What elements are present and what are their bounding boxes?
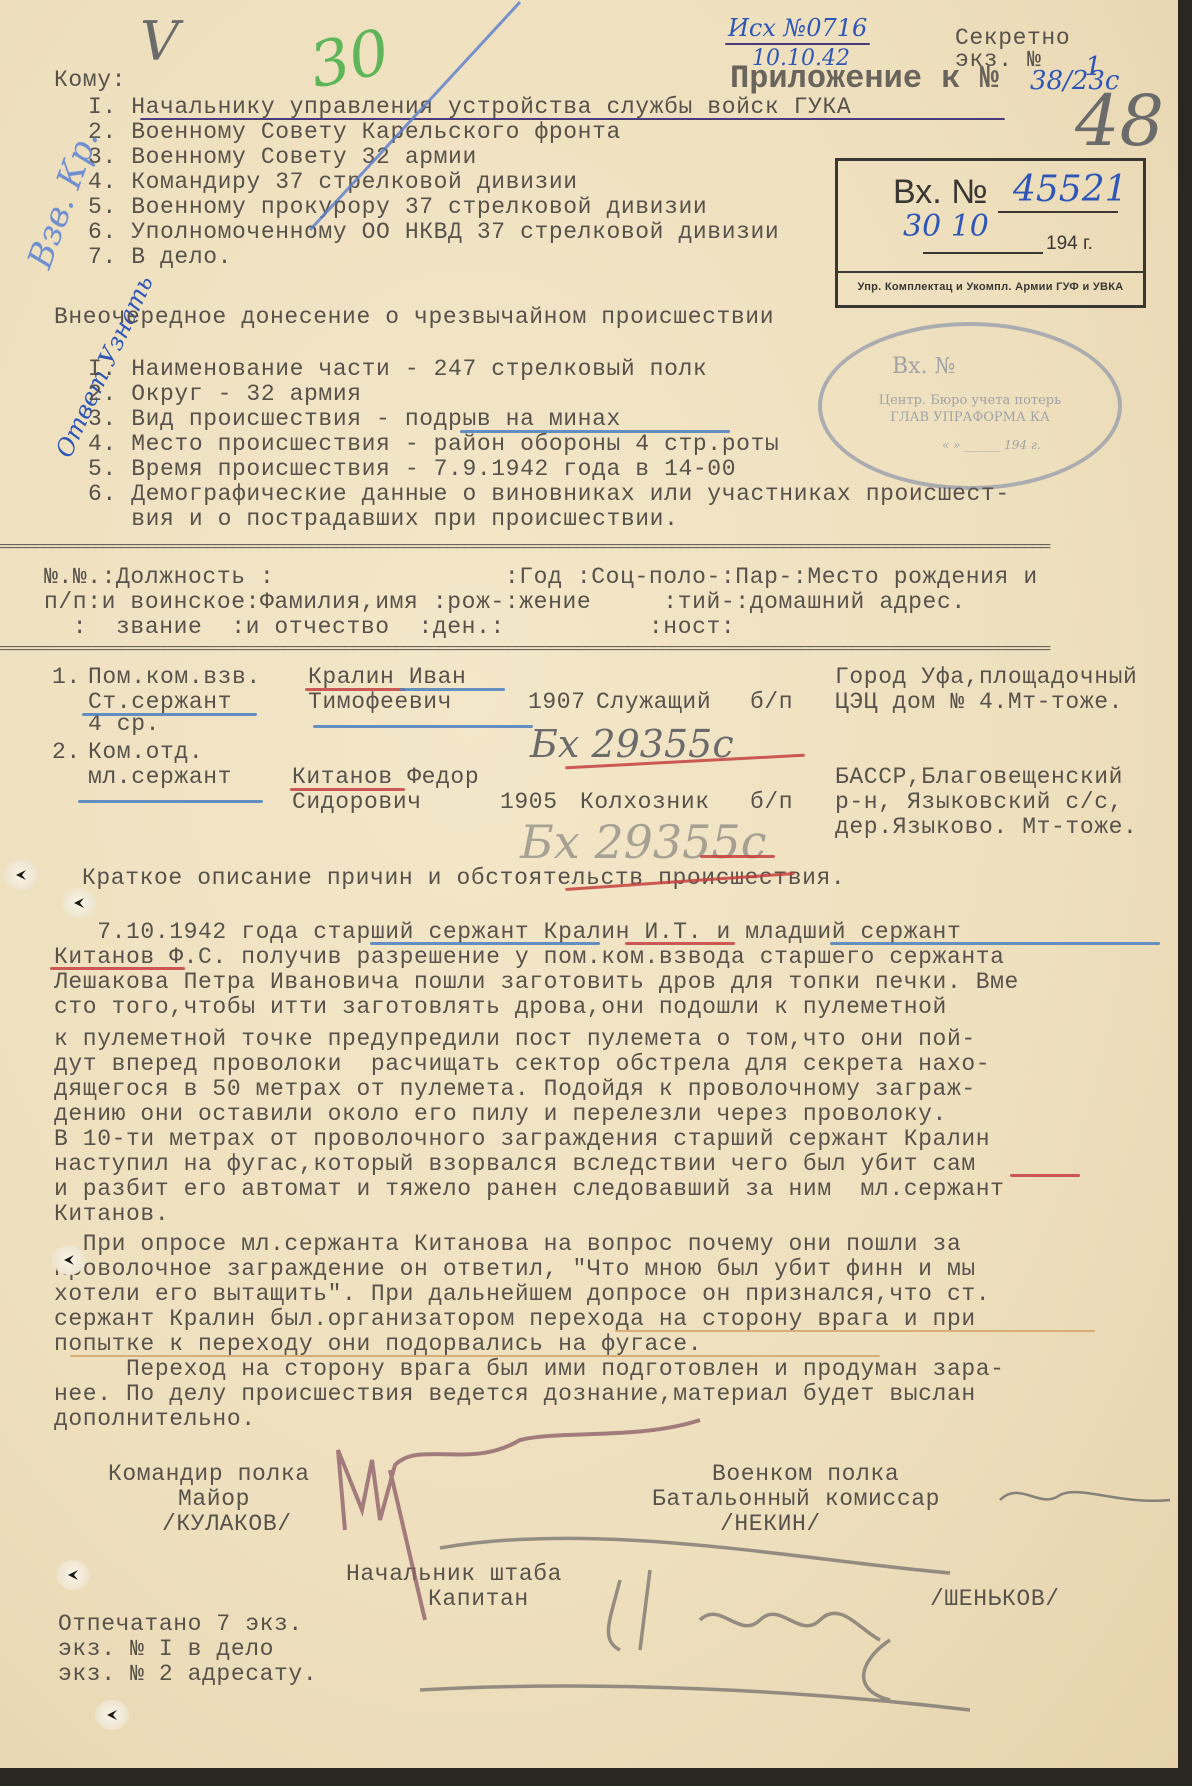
- description-line: Лешакова Петра Ивановича пошли заготовит…: [54, 970, 1019, 995]
- incident-type-underline: [460, 430, 730, 433]
- check-mark: V: [140, 10, 179, 73]
- ref-underline: [725, 43, 870, 45]
- oval-stamp-line2: ГЛАВ УПРАФОРМА КА: [822, 409, 1118, 426]
- recipient-item: 4. Командиру 37 стрелковой дивизии: [88, 170, 578, 195]
- recipient-item: I. Начальнику управления устройства служ…: [88, 95, 851, 120]
- description-line: к пулеметной точке предупредили пост пул…: [54, 1027, 976, 1052]
- stamp-number-line: [998, 211, 1118, 213]
- text-underline: [50, 967, 185, 970]
- oval-stamp-date: « » ______ 194 г.: [942, 438, 1041, 452]
- patronymic-underline: [313, 725, 533, 728]
- recipient-item: 3. Военному Совету 32 армии: [88, 145, 477, 170]
- incoming-day-month: 30 10: [903, 209, 989, 244]
- text-underline: [625, 942, 735, 945]
- description-line: нее. По делу происшествия ведется дознан…: [54, 1382, 976, 1407]
- document-page: Исх №0716 10.10.42 30 V 48 Секретно экз.…: [0, 0, 1178, 1768]
- binding-hole: [95, 1700, 129, 1730]
- row-party: б/п: [750, 790, 793, 815]
- binding-hole: [52, 1245, 86, 1275]
- recipient-item: 5. Военному прокурору 37 стрелковой диви…: [88, 195, 707, 220]
- description-line: дению они оставили около его пилу и пере…: [54, 1102, 947, 1127]
- row-social: Колхозник: [580, 790, 710, 815]
- row-address: ЦЭЦ дом № 4.Мт-тоже.: [835, 690, 1123, 715]
- rank-underline: [78, 800, 263, 803]
- table-header-line: : звание :и отчество :ден.: :ност:: [44, 615, 735, 640]
- distribution-line: Отпечатано 7 экз.: [58, 1612, 303, 1637]
- report-field: 2. Округ - 32 армия: [88, 382, 362, 407]
- report-title: Внеочередное донесение о чрезвычайном пр…: [54, 305, 774, 330]
- oval-stamp-label: Вх. №: [892, 354, 955, 379]
- description-line: попытке к переходу они подорвались на фу…: [54, 1332, 702, 1357]
- signer-name: /ШЕНЬКОВ/: [930, 1587, 1060, 1612]
- binding-hole: [4, 860, 38, 890]
- signer-name: /КУЛАКОВ/: [162, 1512, 292, 1537]
- appendix-number: 38/23с: [1030, 66, 1120, 96]
- description-line: Переход на сторону врага был ими подгото…: [54, 1357, 1005, 1382]
- incoming-stamp: Вх. № 45521 30 10 194 г. Упр. Комплектац…: [835, 158, 1146, 308]
- oval-stamp-line1: Центр. Бюро учета потерь: [822, 392, 1118, 409]
- description-line: Китанов Ф.С. получив разрешение у пом.ко…: [54, 945, 1005, 970]
- signer-rank: Батальонный комиссар: [652, 1487, 940, 1512]
- binding-hole: [56, 1560, 90, 1590]
- description-line: сержант Кралин был.организатором переход…: [54, 1307, 976, 1332]
- description-line: хотели его вытащить". При дальнейшем доп…: [54, 1282, 990, 1307]
- text-underline: [615, 1330, 1095, 1332]
- recipients-label: Кому:: [54, 68, 126, 93]
- signer-name: /НЕКИН/: [720, 1512, 821, 1537]
- table-header-rule: ════════════════════════════════════════…: [0, 645, 1178, 653]
- description-line: и разбит его автомат и тяжело ранен след…: [54, 1177, 1005, 1202]
- signer-rank: Майор: [178, 1487, 250, 1512]
- table-header-line: №.№.:Должность : :Год :Соц-поло-:Пар-:Ме…: [44, 565, 1038, 590]
- row-birth-year: 1905: [500, 790, 558, 815]
- report-field: 3. Вид происшествия - подрыв на минах: [88, 407, 621, 432]
- report-field: I. Наименование части - 247 стрелковый п…: [88, 357, 707, 382]
- incoming-stamp-label: Вх. №: [893, 173, 988, 212]
- recipient-item: 7. В дело.: [88, 245, 232, 270]
- stamp-date-line: [923, 252, 1043, 254]
- row-party: б/п: [750, 690, 793, 715]
- row-position: Ком.отд.: [88, 740, 203, 765]
- description-line: В 10-ти метрах от проволочного загражден…: [54, 1127, 990, 1152]
- description-line: Китанов.: [54, 1202, 169, 1227]
- row-patronymic: Тимофеевич: [308, 690, 452, 715]
- text-underline: [1010, 1174, 1080, 1177]
- row-rank: мл.сержант: [88, 765, 232, 790]
- description-line: дополнительно.: [54, 1407, 256, 1432]
- row-address: БАССР,Благовещенский: [835, 765, 1123, 790]
- description-line: сто того,чтобы итти заготовлять дрова,он…: [54, 995, 947, 1020]
- recipient-underline: [140, 118, 1005, 120]
- distribution-line: экз. № 2 адресату.: [58, 1662, 317, 1687]
- binding-hole: [62, 888, 96, 918]
- signer-rank: Капитан: [428, 1587, 529, 1612]
- name-underline: [305, 688, 405, 691]
- row-surname-name: Китанов Федор: [292, 765, 479, 790]
- archive-ref-underline: [700, 855, 775, 858]
- signer-title: Начальник штаба: [346, 1562, 562, 1587]
- text-underline: [370, 942, 600, 945]
- handwritten-outgoing-ref: Исх №0716: [728, 14, 867, 42]
- report-field: вия и о пострадавших при происшествии.: [88, 507, 679, 532]
- name-underline: [400, 688, 505, 691]
- incoming-year: 194 г.: [1046, 233, 1093, 255]
- distribution-line: экз. № I в дело: [58, 1637, 274, 1662]
- commissar-signature-icon: [1000, 1492, 1170, 1501]
- row-social: Служащий: [596, 690, 711, 715]
- name-underline: [290, 788, 405, 791]
- incoming-number: 45521: [1013, 169, 1128, 210]
- report-field: 6. Демографические данные о виновниках и…: [88, 482, 1010, 507]
- row-address: Город Уфа,площадочный: [835, 665, 1137, 690]
- row-address: р-н, Языковский с/с,: [835, 790, 1123, 815]
- text-underline: [70, 1355, 880, 1357]
- row-address: дер.Языково. Мт-тоже.: [835, 815, 1137, 840]
- description-line: дящегося в 50 метрах от пулемета. Подойд…: [54, 1077, 976, 1102]
- row-position: Пом.ком.взв.: [88, 665, 261, 690]
- row-surname-name: Кралин Иван: [308, 665, 466, 690]
- text-underline: [830, 942, 1160, 945]
- report-field: 4. Место происшествия - район обороны 4 …: [88, 432, 779, 457]
- oval-registry-stamp: Вх. № Центр. Бюро учета потерь ГЛАВ УПРА…: [818, 322, 1122, 490]
- row-patronymic: Сидорович: [292, 790, 422, 815]
- description-line: дут вперед проволоки расчищать сектор об…: [54, 1052, 990, 1077]
- appendix-label: Приложение к №: [730, 66, 999, 91]
- signer-title: Командир полка: [108, 1462, 310, 1487]
- description-line: наступил на фугас,который взорвался всле…: [54, 1152, 976, 1177]
- signer-title: Военком полка: [712, 1462, 899, 1487]
- row-birth-year: 1907: [528, 690, 586, 715]
- green-mark: 30: [303, 15, 395, 103]
- row-number: 1.: [52, 665, 81, 690]
- incoming-stamp-footer: Упр. Комплектац и Укомпл. Армии ГУФ и УВ…: [838, 271, 1143, 293]
- table-top-rule: ════════════════════════════════════════…: [0, 543, 1178, 551]
- table-header-line: п/п:и воинское:Фамилия,имя :рож-:жение :…: [44, 590, 966, 615]
- rank-underline: [82, 713, 257, 716]
- recipient-item: 2. Военному Совету Карельского фронта: [88, 120, 621, 145]
- row-number: 2.: [52, 740, 81, 765]
- report-field: 5. Время происшествия - 7.9.1942 года в …: [88, 457, 736, 482]
- description-line: проволочное заграждение он ответил, "Что…: [54, 1257, 976, 1282]
- description-line: При опросе мл.сержанта Китанова на вопро…: [54, 1232, 961, 1257]
- oval-stamp-text: Центр. Бюро учета потерь ГЛАВ УПРАФОРМА …: [822, 392, 1118, 426]
- recipient-item: 6. Уполномоченному ОО НКВД 37 стрелковой…: [88, 220, 779, 245]
- handwritten-archive-ref-2: Бх 29355с: [520, 815, 766, 869]
